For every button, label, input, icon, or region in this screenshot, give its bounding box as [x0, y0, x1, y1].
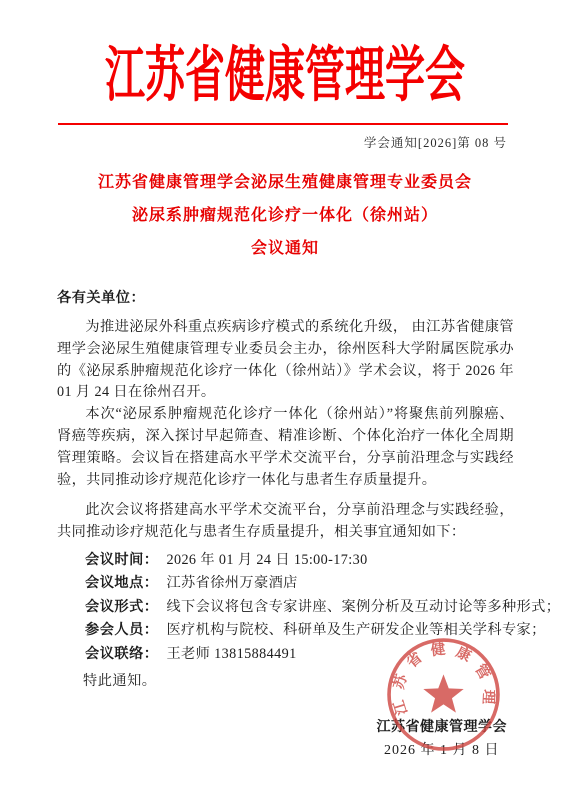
- salutation: 各有关单位：: [57, 287, 514, 309]
- detail-value-format: 线下会议将包含专家讲座、案例分析及互动讨论等多种形式；: [166, 599, 560, 615]
- notice-document-page: 江苏省健康管理学会 学会通知[2026]第 08 号 江苏省健康管理学会泌尿生殖…: [0, 0, 570, 804]
- detail-label-attendees: 参会人员：: [85, 622, 158, 638]
- notice-title-line-1: 江苏省健康管理学会泌尿生殖健康管理专业委员会: [0, 166, 570, 199]
- document-number: 学会通知[2026]第 08 号: [364, 133, 507, 151]
- detail-label-contact: 会议联络：: [85, 646, 158, 662]
- detail-row-contact: 会议联络：王老师 13815884491: [85, 643, 514, 667]
- detail-label-time: 会议时间：: [85, 552, 158, 568]
- closing-note: 特此通知。: [57, 670, 514, 693]
- signature-organization: 江苏省健康管理学会: [377, 717, 508, 739]
- detail-value-location: 江苏省徐州万豪酒店: [166, 575, 297, 591]
- detail-row-attendees: 参会人员：医疗机构与院校、科研单及生产研发企业等相关学科专家；: [85, 619, 514, 643]
- detail-value-contact: 王老师 13815884491: [166, 646, 296, 662]
- meeting-details: 会议时间：2026 年 01 月 24 日 15:00-17:30 会议地点：江…: [57, 549, 514, 667]
- paragraph-2: 本次“泌尿系肿瘤规范化诊疗一体化（徐州站）”将聚焦前列腺癌、肾癌等疾病，深入探讨…: [57, 404, 514, 491]
- notice-title-line-2: 泌尿系肿瘤规范化诊疗一体化（徐州站）: [0, 199, 570, 232]
- detail-value-time: 2026 年 01 月 24 日 15:00-17:30: [166, 552, 367, 568]
- signature-block: 江苏省健康管理学会 2026 年 1 月 8 日: [377, 717, 508, 763]
- notice-title-line-3: 会议通知: [0, 232, 570, 265]
- detail-row-format: 会议形式：线下会议将包含专家讲座、案例分析及互动讨论等多种形式；: [85, 596, 514, 620]
- paragraph-1: 为推进泌尿外科重点疾病诊疗模式的系统化升级， 由江苏省健康管理学会泌尿生殖健康管…: [57, 317, 514, 404]
- header-divider: [58, 123, 508, 125]
- detail-label-format: 会议形式：: [85, 599, 158, 615]
- detail-row-location: 会议地点：江苏省徐州万豪酒店: [85, 572, 514, 596]
- notice-title-block: 江苏省健康管理学会泌尿生殖健康管理专业委员会 泌尿系肿瘤规范化诊疗一体化（徐州站…: [0, 166, 570, 265]
- signature-date: 2026 年 1 月 8 日: [377, 739, 508, 763]
- detail-row-time: 会议时间：2026 年 01 月 24 日 15:00-17:30: [85, 549, 514, 573]
- notice-body: 各有关单位： 为推进泌尿外科重点疾病诊疗模式的系统化升级， 由江苏省健康管理学会…: [57, 287, 514, 693]
- paragraph-3: 此次会议将搭建高水平学术交流平台，分享前沿理念与实践经验，共同推动诊疗规范化与患…: [57, 500, 514, 544]
- detail-label-location: 会议地点：: [85, 575, 158, 591]
- detail-value-attendees: 医疗机构与院校、科研单及生产研发企业等相关学科专家；: [166, 622, 545, 638]
- letterhead-title: 江苏省健康管理学会: [0, 28, 570, 114]
